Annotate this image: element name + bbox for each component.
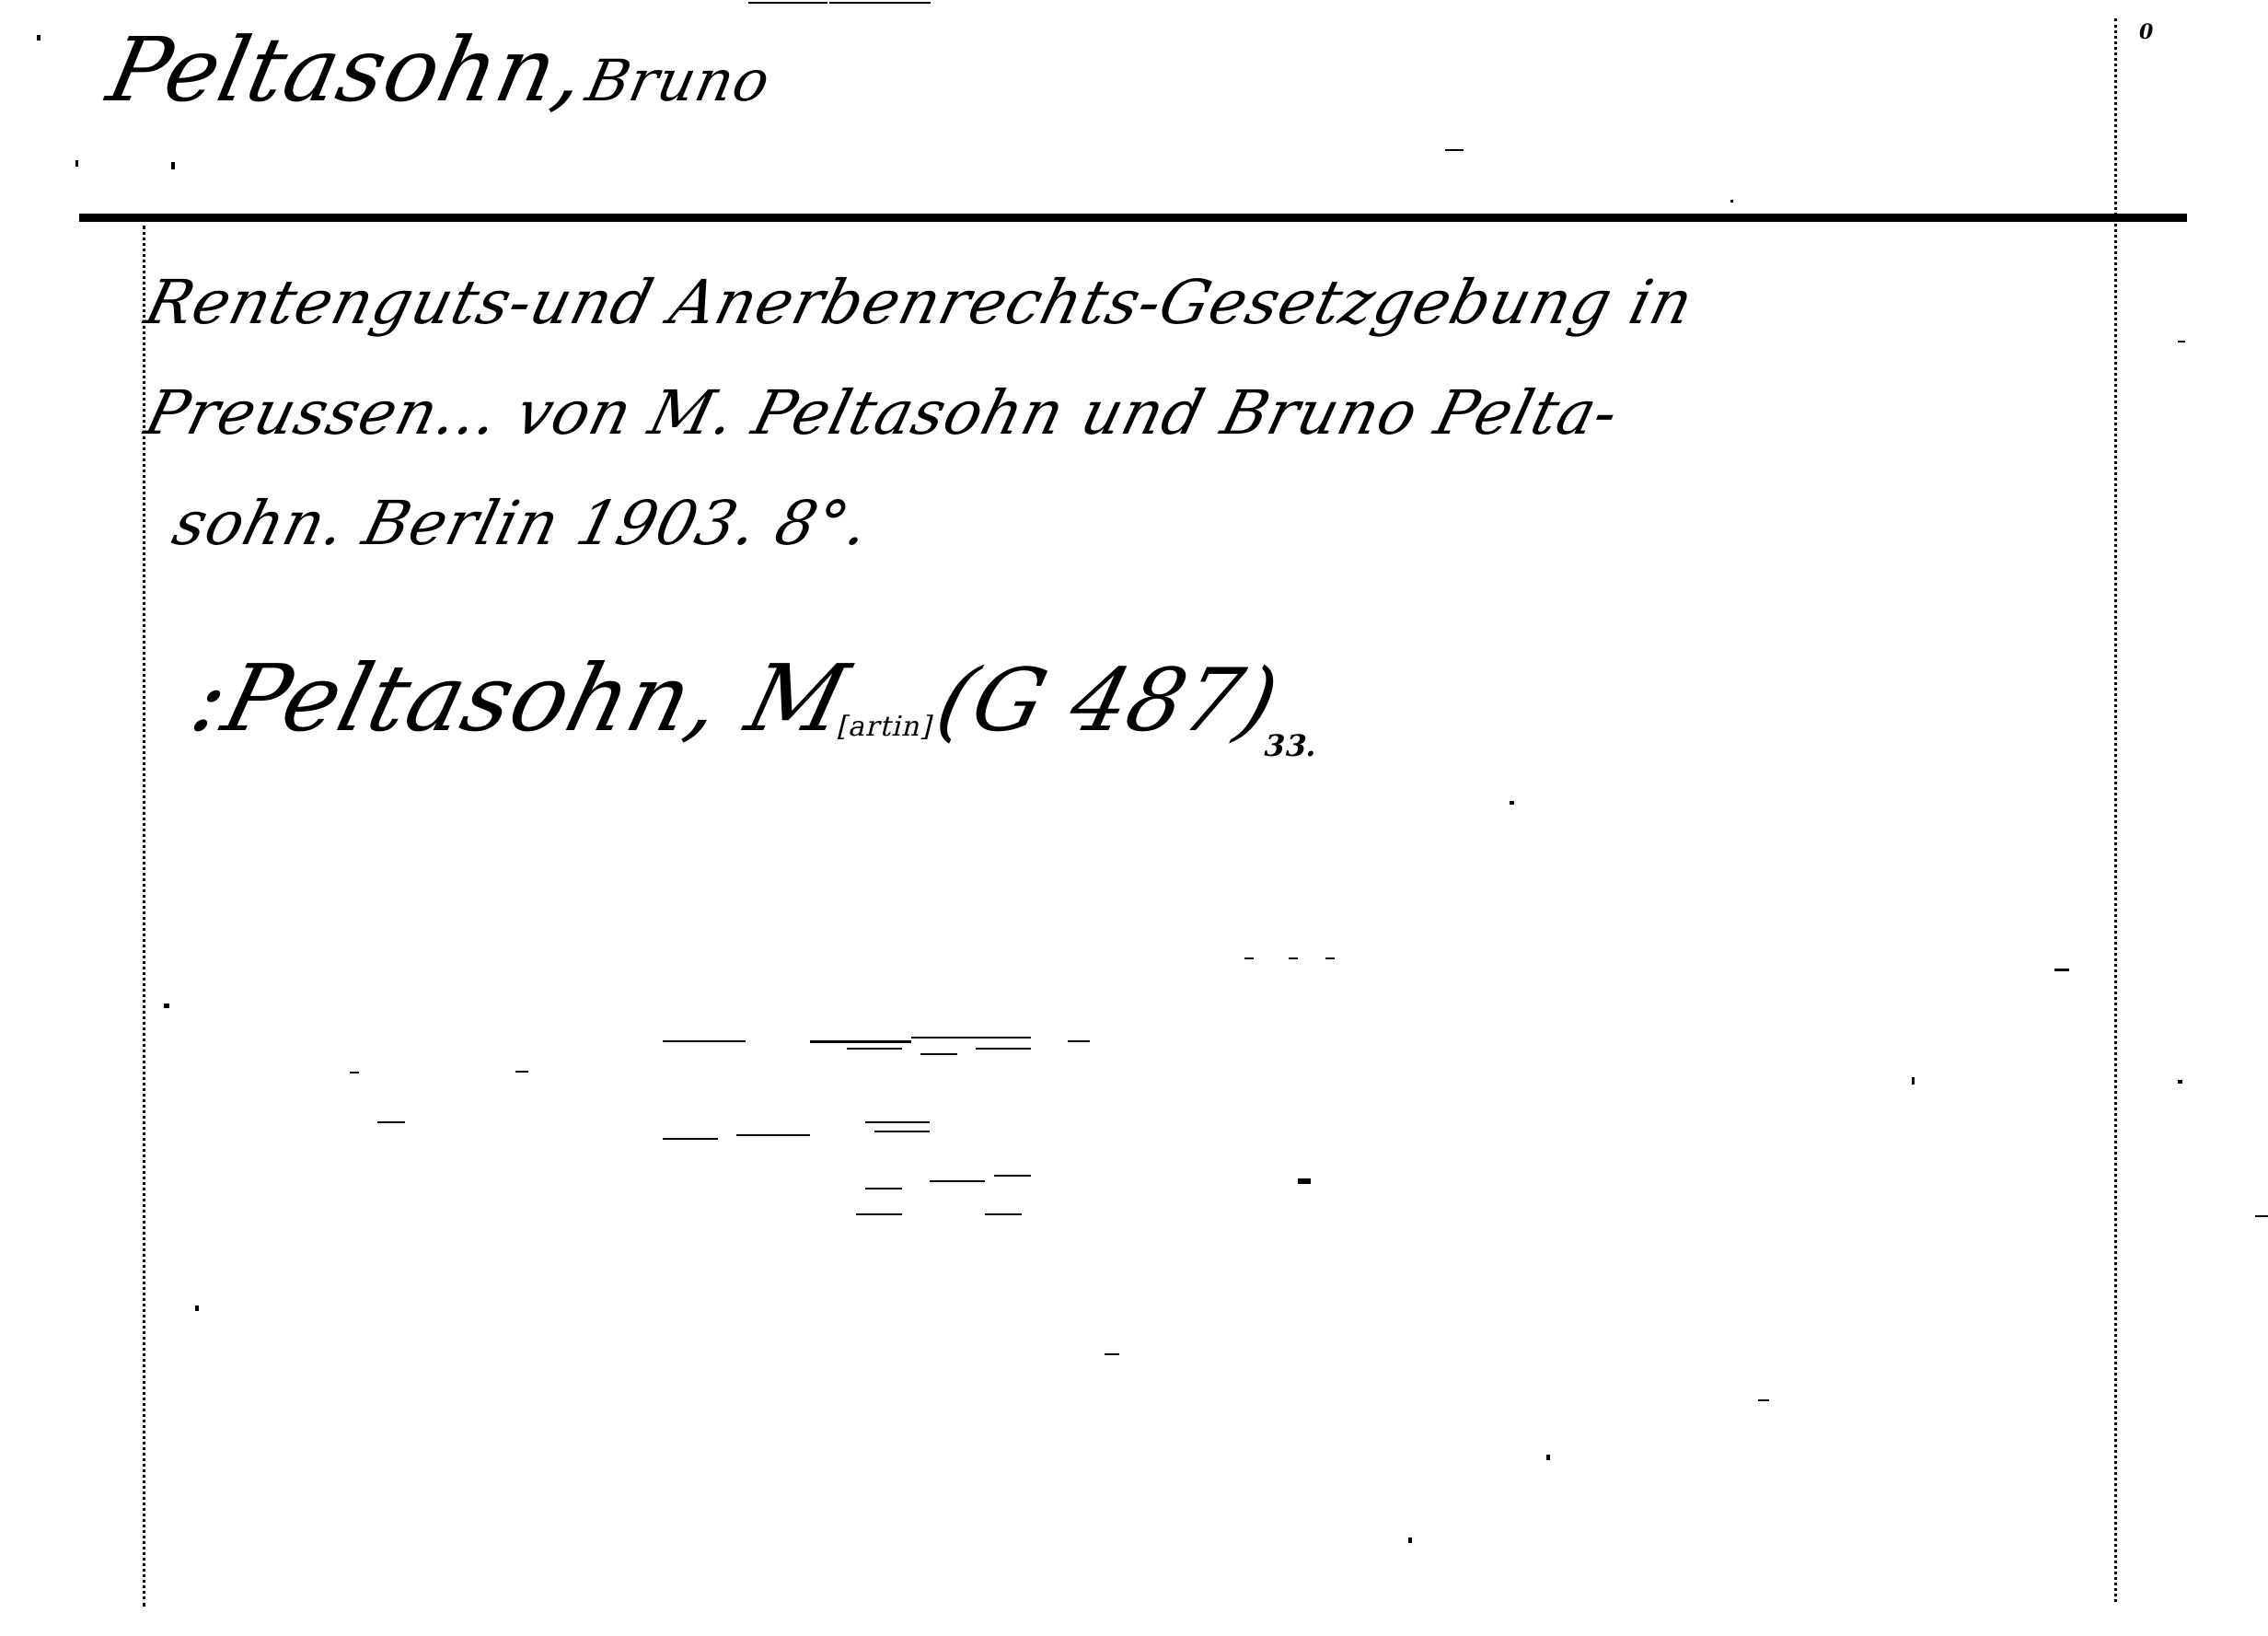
scan-speck (1068, 1040, 1090, 1042)
xref-suffix: 33. (1260, 728, 1323, 763)
scan-speck (865, 1188, 902, 1189)
heading-author: Peltasohn,Bruno (99, 18, 782, 122)
xref-expansion: [artin] (834, 711, 937, 743)
heading-rule (79, 214, 2187, 222)
scan-speck (1105, 1353, 1119, 1355)
scan-speck (985, 1213, 1022, 1215)
scan-speck (1445, 149, 1464, 151)
scan-speck (663, 1138, 718, 1140)
scan-speck (874, 1131, 930, 1132)
heading-surname: Peltasohn, (99, 18, 596, 122)
right-margin-line (2114, 18, 2117, 1602)
xref-call-number: (G 487) (928, 651, 1289, 751)
scan-speck (350, 1072, 359, 1073)
catalog-card: 0 Peltasohn,Bruno Rentenguts-und Anerben… (0, 0, 2268, 1636)
scan-speck (2178, 1080, 2182, 1084)
scan-speck (377, 1121, 405, 1123)
scan-speck (1408, 1537, 1412, 1543)
scan-speck (1730, 200, 1733, 203)
cross-reference: :Peltasohn, M[artin](G 487)33. (179, 644, 1344, 763)
scan-speck (1325, 957, 1335, 959)
scan-speck (663, 1040, 746, 1042)
scan-speck (865, 1121, 930, 1123)
scan-speck (171, 162, 175, 169)
scan-speck (810, 1040, 911, 1043)
heading-given-name: Bruno (581, 47, 777, 114)
scan-speck (515, 1071, 528, 1073)
scan-speck (847, 1048, 902, 1050)
scan-speck (1510, 801, 1514, 805)
scan-speck (164, 1004, 169, 1008)
corner-mark: 0 (2139, 20, 2154, 44)
scan-speck (195, 1305, 199, 1311)
title-line-2: Preussen... von M. Peltasohn und Bruno P… (138, 377, 1626, 448)
scan-speck (75, 160, 78, 167)
scan-speck (994, 1175, 1031, 1177)
title-line-3: sohn. Berlin 1903. 8°. (166, 488, 876, 559)
scan-speck (976, 1048, 1031, 1050)
scan-speck (1244, 957, 1254, 959)
scan-speck (37, 35, 40, 41)
scan-speck (1298, 1178, 1311, 1184)
scan-speck (736, 1134, 810, 1136)
scan-speck (1546, 1455, 1550, 1460)
scan-speck (856, 1213, 902, 1215)
top-edge-mark (829, 2, 931, 4)
scan-speck (920, 1053, 957, 1055)
scan-speck (2054, 969, 2069, 971)
scan-speck (911, 1037, 1031, 1038)
scan-speck (2255, 1215, 2268, 1217)
scan-speck (1912, 1077, 1915, 1085)
title-line-1: Rentenguts-und Anerbenrechts-Gesetzgebun… (138, 267, 1700, 338)
scan-speck (930, 1180, 985, 1182)
top-edge-mark (748, 2, 827, 4)
scan-speck (1289, 957, 1298, 959)
xref-surname: Peltasohn, (214, 644, 734, 752)
scan-speck (1758, 1399, 1769, 1401)
scan-speck (2178, 341, 2185, 342)
